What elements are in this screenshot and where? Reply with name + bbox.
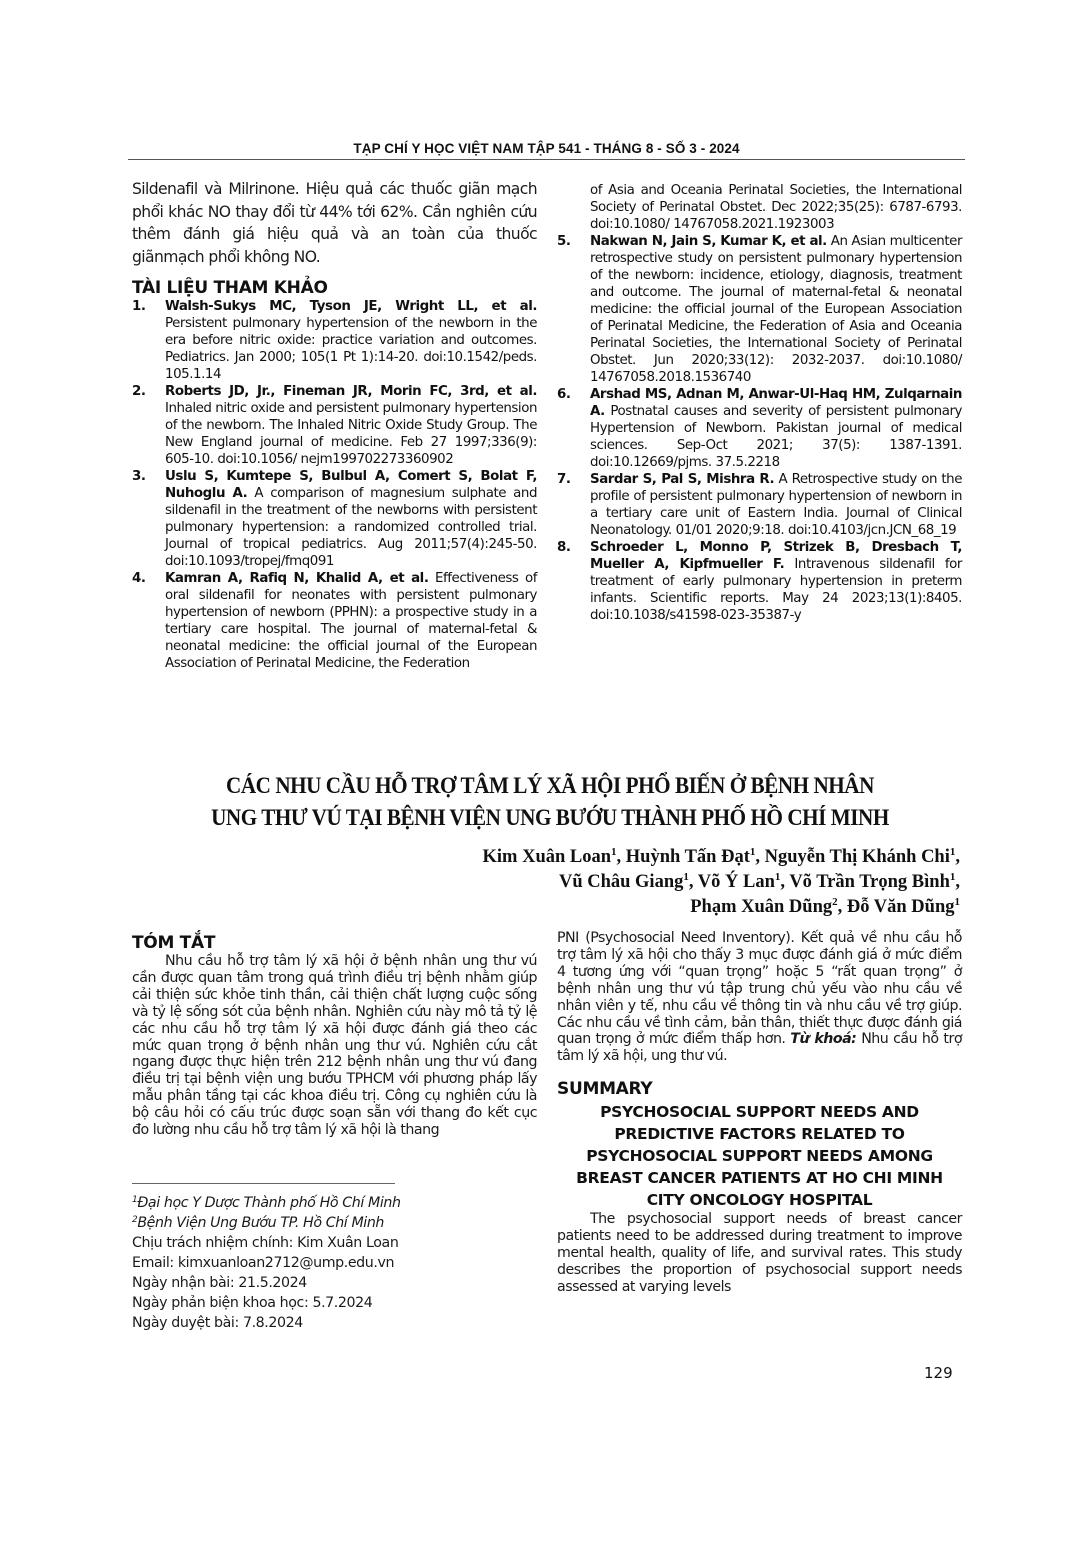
reference-authors: Sardar S, Pal S, Mishra R. — [590, 472, 774, 487]
author-line-2: Vũ Châu Giang1, Võ Ý Lan1, Võ Trần Trọng… — [340, 870, 960, 895]
affiliation-text: Đại học Y Dược Thành phố Hồ Chí Minh — [137, 1195, 400, 1211]
reference-item: 5.Nakwan N, Jain S, Kumar K, et al. An A… — [557, 233, 962, 386]
author-name: Nguyễn Thị Khánh Chi — [765, 847, 950, 867]
reference-authors: Kamran A, Rafiq N, Khalid A, et al. — [165, 571, 428, 586]
right-column-top: of Asia and Oceania Perinatal Societies,… — [557, 182, 962, 624]
author-separator: , — [955, 847, 960, 867]
reference-item: 1.Walsh-Sukys MC, Tyson JE, Wright LL, e… — [132, 298, 537, 383]
author-affiliation: 1 — [955, 896, 961, 908]
reference-number: 5. — [557, 233, 571, 250]
author-separator: , — [689, 872, 698, 892]
abstract-vi-text: PNI (Psychosocial Need Inventory). Kết q… — [557, 930, 962, 1047]
affiliation-2: 2Bệnh Viện Ung Bướu TP. Hồ Chí Minh — [132, 1213, 537, 1233]
reference-item: 7.Sardar S, Pal S, Mishra R. A Retrospec… — [557, 471, 962, 539]
reference-number: 2. — [132, 383, 146, 400]
author-name: Phạm Xuân Dũng — [690, 897, 832, 917]
summary-en-text: The psychosocial support needs of breast… — [557, 1211, 962, 1296]
reference-item: 8.Schroeder L, Monno P, Strizek B, Dresb… — [557, 539, 962, 624]
reference-number: 8. — [557, 539, 571, 556]
affiliation-text: Bệnh Viện Ung Bướu TP. Hồ Chí Minh — [137, 1215, 384, 1231]
reference-text: Effectiveness of oral sildenafil for neo… — [165, 571, 537, 671]
reference-text: Inhaled nitric oxide and persistent pulm… — [165, 401, 537, 467]
author-separator: , — [780, 872, 789, 892]
author-name: Kim Xuân Loan — [483, 847, 612, 867]
reference-continuation: of Asia and Oceania Perinatal Societies,… — [557, 182, 962, 233]
affiliation-1: 1Đại học Y Dược Thành phố Hồ Chí Minh — [132, 1193, 537, 1213]
author-line-1: Kim Xuân Loan1, Huỳnh Tấn Đạt1, Nguyễn T… — [340, 845, 960, 870]
reference-authors: Roberts JD, Jr., Fineman JR, Morin FC, 3… — [165, 384, 537, 399]
reference-number: 6. — [557, 386, 571, 403]
corresponding-author: Chịu trách nhiệm chính: Kim Xuân Loan — [132, 1233, 537, 1253]
author-line-3: Phạm Xuân Dũng2, Đỗ Văn Dũng1 — [340, 895, 960, 920]
left-column-abstract: TÓM TẮT Nhu cầu hỗ trợ tâm lý xã hội ở b… — [132, 933, 537, 1139]
date-received: Ngày nhận bài: 21.5.2024 — [132, 1273, 537, 1293]
author-separator: , — [955, 872, 960, 892]
summary-heading: SUMMARY — [557, 1079, 962, 1099]
left-column-top: Sildenafil và Milrinone. Hiệu quả các th… — [132, 178, 537, 672]
abstract-vi-part-1: Nhu cầu hỗ trợ tâm lý xã hội ở bệnh nhân… — [132, 953, 537, 1139]
corresponding-email: Email: kimxuanloan2712@ump.edu.vn — [132, 1253, 537, 1273]
reference-list-right: 5.Nakwan N, Jain S, Kumar K, et al. An A… — [557, 233, 962, 624]
date-reviewed: Ngày phản biện khoa học: 5.7.2024 — [132, 1293, 537, 1313]
header-rule — [128, 159, 965, 160]
reference-text: Persistent pulmonary hypertension of the… — [165, 316, 537, 382]
reference-number: 7. — [557, 471, 571, 488]
reference-number: 4. — [132, 570, 146, 587]
author-separator: , — [755, 847, 764, 867]
author-name: Đỗ Văn Dũng — [847, 897, 955, 917]
author-separator: , — [617, 847, 626, 867]
right-column-abstract: PNI (Psychosocial Need Inventory). Kết q… — [557, 930, 962, 1296]
references-heading: TÀI LIỆU THAM KHẢO — [132, 278, 537, 298]
reference-number: 3. — [132, 468, 146, 485]
reference-item: 2.Roberts JD, Jr., Fineman JR, Morin FC,… — [132, 383, 537, 468]
abstract-vi-part-2: PNI (Psychosocial Need Inventory). Kết q… — [557, 930, 962, 1065]
journal-page: TẠP CHÍ Y HỌC VIỆT NAM TẬP 541 - THÁNG 8… — [0, 0, 1090, 1541]
reference-item: 3.Uslu S, Kumtepe S, Bulbul A, Comert S,… — [132, 468, 537, 570]
page-number: 129 — [924, 1364, 953, 1382]
reference-item: 4.Kamran A, Rafiq N, Khalid A, et al. Ef… — [132, 570, 537, 672]
previous-article-conclusion: Sildenafil và Milrinone. Hiệu quả các th… — [132, 178, 537, 268]
article-title: CÁC NHU CẦU HỖ TRỢ TÂM LÝ XÃ HỘI PHỔ BIẾ… — [173, 770, 927, 834]
article-title-line-2: UNG THƯ VÚ TẠI BỆNH VIỆN UNG BƯỚU THÀNH … — [173, 802, 927, 834]
reference-text: An Asian multicenter retrospective study… — [590, 234, 962, 385]
footnotes: 1Đại học Y Dược Thành phố Hồ Chí Minh 2B… — [132, 1193, 537, 1333]
author-list: Kim Xuân Loan1, Huỳnh Tấn Đạt1, Nguyễn T… — [340, 845, 960, 920]
reference-item: 6.Arshad MS, Adnan M, Anwar-Ul-Haq HM, Z… — [557, 386, 962, 471]
author-name: Võ Trần Trọng Bình — [789, 872, 950, 892]
running-header: TẠP CHÍ Y HỌC VIỆT NAM TẬP 541 - THÁNG 8… — [128, 141, 965, 156]
article-title-line-1: CÁC NHU CẦU HỖ TRỢ TÂM LÝ XÃ HỘI PHỔ BIẾ… — [173, 770, 927, 802]
author-name: Vũ Châu Giang — [559, 872, 683, 892]
author-name: Huỳnh Tấn Đạt — [626, 847, 750, 867]
abstract-heading-vi: TÓM TẮT — [132, 933, 537, 953]
english-title: PSYCHOSOCIAL SUPPORT NEEDS AND PREDICTIV… — [557, 1101, 962, 1211]
date-accepted: Ngày duyệt bài: 7.8.2024 — [132, 1313, 537, 1333]
keywords-label: Từ khoá: — [790, 1031, 856, 1047]
reference-list-left: 1.Walsh-Sukys MC, Tyson JE, Wright LL, e… — [132, 298, 537, 672]
author-name: Võ Ý Lan — [698, 872, 775, 892]
author-separator: , — [838, 897, 847, 917]
reference-number: 1. — [132, 298, 146, 315]
footnote-rule — [132, 1183, 395, 1184]
reference-authors: Walsh-Sukys MC, Tyson JE, Wright LL, et … — [165, 299, 537, 314]
reference-authors: Nakwan N, Jain S, Kumar K, et al. — [590, 234, 827, 249]
reference-text: Postnatal causes and severity of persist… — [590, 404, 962, 470]
